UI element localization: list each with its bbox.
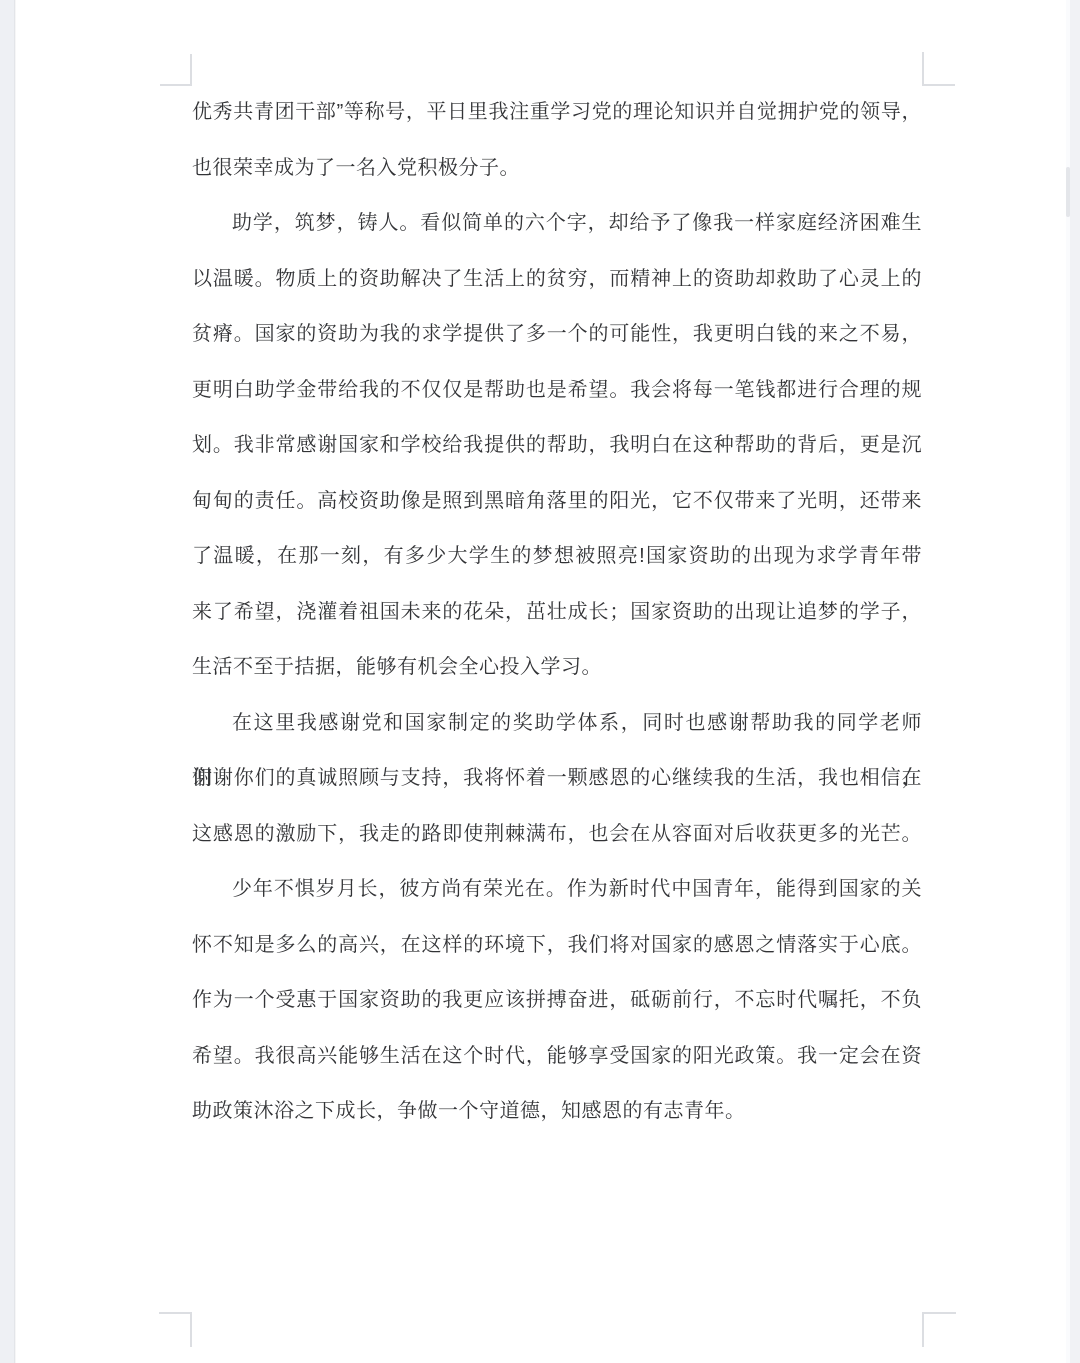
- text-line: 了温暖，在那一刻，有多少大学生的梦想被照亮!国家资助的出现为求学青年带: [192, 529, 922, 585]
- text-line: 怀不知是多么的高兴，在这样的环境下，我们将对国家的感恩之情落实于心底。: [192, 918, 922, 974]
- text-line: 助政策沐浴之下成长，争做一个守道德，知感恩的有志青年。: [192, 1084, 922, 1140]
- text-line: 更明白助学金带给我的不仅仅是帮助也是希望。我会将每一笔钱都进行合理的规: [192, 363, 922, 419]
- text-line: 划。我非常感谢国家和学校给我提供的帮助，我明白在这种帮助的背后，更是沉: [192, 418, 922, 474]
- paragraph: 助学，筑梦，铸人。看似简单的六个字，却给予了像我一样家庭经济困难生以温暖。物质上…: [192, 196, 922, 696]
- text-line: 这感恩的激励下，我走的路即使荆棘满布，也会在从容面对后收获更多的光芒。: [192, 807, 922, 863]
- left-gutter: [0, 0, 15, 1363]
- text-line: 在这里我感谢党和国家制定的奖助学体系，同时也感谢帮助我的同学老师们，: [192, 696, 922, 752]
- text-line: 贫瘠。国家的资助为我的求学提供了多一个的可能性，我更明白钱的来之不易，: [192, 307, 922, 363]
- document-text: 优秀共青团干部”等称号，平日里我注重学习党的理论知识并自觉拥护党的领导，也很荣幸…: [192, 85, 922, 1140]
- text-line: 优秀共青团干部”等称号，平日里我注重学习党的理论知识并自觉拥护党的领导，: [192, 85, 922, 141]
- margin-crop-mark-top-left-icon: [160, 54, 192, 86]
- text-line: 作为一个受惠于国家资助的我更应该拼搏奋进，砥砺前行，不忘时代嘱托，不负: [192, 973, 922, 1029]
- text-line: 希望。我很高兴能够生活在这个时代，能够享受国家的阳光政策。我一定会在资: [192, 1029, 922, 1085]
- right-gutter: [1066, 0, 1080, 1363]
- text-line: 来了希望，浇灌着祖国未来的花朵，茁壮成长；国家资助的出现让追梦的学子，: [192, 585, 922, 641]
- paragraph: 少年不惧岁月长，彼方尚有荣光在。作为新时代中国青年，能得到国家的关怀不知是多么的…: [192, 862, 922, 1140]
- paragraph: 优秀共青团干部”等称号，平日里我注重学习党的理论知识并自觉拥护党的领导，也很荣幸…: [192, 85, 922, 196]
- margin-crop-mark-bottom-right-icon: [922, 1312, 956, 1347]
- text-line: 少年不惧岁月长，彼方尚有荣光在。作为新时代中国青年，能得到国家的关: [192, 862, 922, 918]
- app-viewport: 优秀共青团干部”等称号，平日里我注重学习党的理论知识并自觉拥护党的领导，也很荣幸…: [0, 0, 1080, 1363]
- text-line: 也很荣幸成为了一名入党积极分子。: [192, 141, 922, 197]
- document-page: 优秀共青团干部”等称号，平日里我注重学习党的理论知识并自觉拥护党的领导，也很荣幸…: [16, 0, 1066, 1363]
- text-line: 生活不至于拮据，能够有机会全心投入学习。: [192, 640, 922, 696]
- text-line: 谢谢你们的真诚照顾与支持，我将怀着一颗感恩的心继续我的生活，我也相信在: [192, 751, 922, 807]
- paragraph: 在这里我感谢党和国家制定的奖助学体系，同时也感谢帮助我的同学老师们，谢谢你们的真…: [192, 696, 922, 863]
- text-line: 助学，筑梦，铸人。看似简单的六个字，却给予了像我一样家庭经济困难生: [192, 196, 922, 252]
- scrollbar-thumb[interactable]: [1066, 167, 1070, 217]
- text-line: 以温暖。物质上的资助解决了生活上的贫穷，而精神上的资助却救助了心灵上的: [192, 252, 922, 308]
- margin-crop-mark-top-right-icon: [922, 52, 955, 86]
- margin-crop-mark-bottom-left-icon: [159, 1312, 192, 1347]
- text-line: 甸甸的责任。高校资助像是照到黑暗角落里的阳光，它不仅带来了光明，还带来: [192, 474, 922, 530]
